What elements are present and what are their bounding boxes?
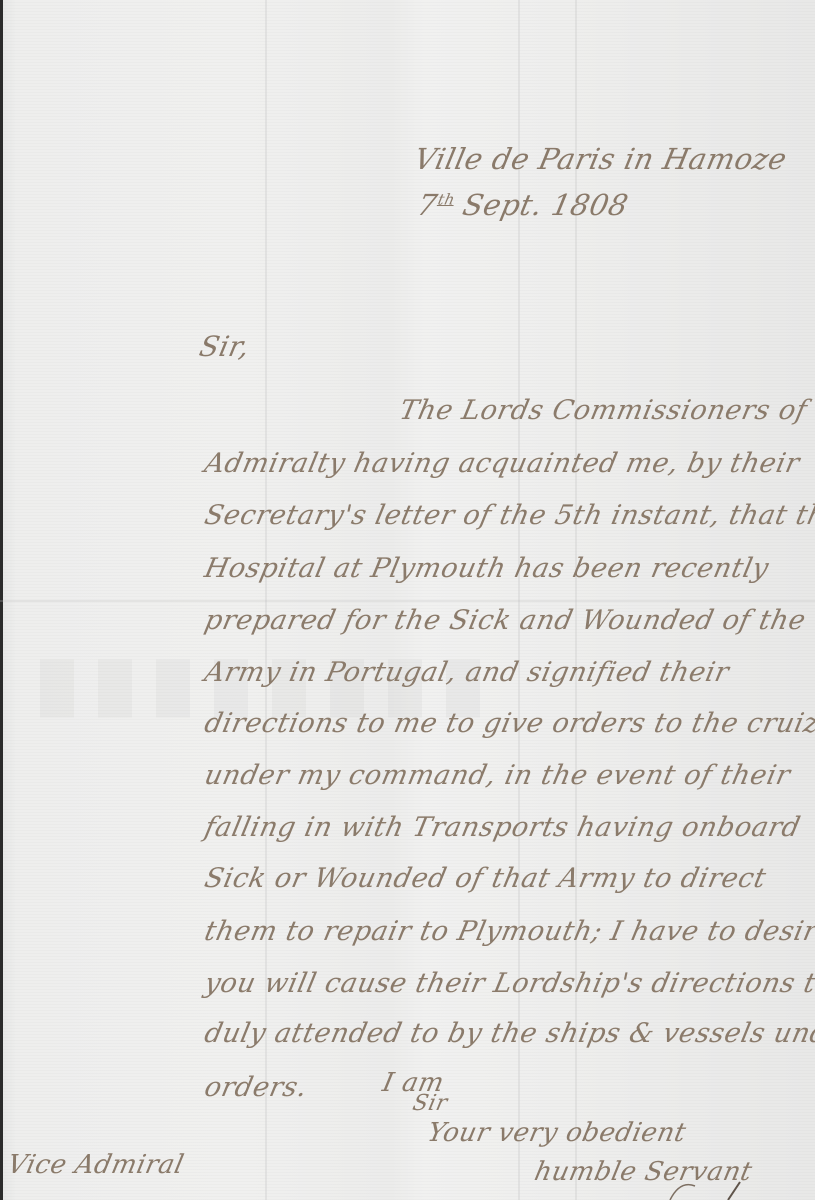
body-line: directions to me to give orders to the c… [202, 708, 815, 739]
body-line: Admiralty having acquainted me, by their [202, 448, 803, 479]
body-line: prepared for the Sick and Wounded of the [202, 605, 809, 636]
body-line: The Lords Commissioners of the [397, 395, 815, 426]
body-line: Sick or Wounded of that Army to direct [202, 863, 769, 894]
letter-location: Ville de Paris in Hamoze [411, 142, 790, 176]
salutation: Sir, [196, 330, 252, 363]
body-line: Army in Portugal, and signified their [202, 657, 732, 688]
letter-date: 7th Sept. 1808 [414, 188, 631, 222]
body-line: orders. [202, 1072, 311, 1103]
addressee-title: Vice Admiral [5, 1150, 187, 1180]
signature-stroke [640, 1180, 760, 1200]
letter-page: █ █ █ █ █ █ █ █ Ville de Paris in Hamoze… [0, 0, 815, 1200]
date-year: 1808 [548, 188, 631, 222]
closing-sir: Sir [410, 1091, 449, 1116]
body-line: falling in with Transports having onboar… [202, 812, 804, 843]
body-line: duly attended to by the ships & vessels … [202, 1018, 815, 1049]
body-line: Secretary's letter of the 5th instant, t… [202, 500, 815, 531]
body-line: you will cause their Lordship's directio… [202, 968, 815, 999]
body-line: them to repair to Plymouth; I have to de… [202, 916, 815, 947]
closing-your-very-obedient: Your very obedient [425, 1118, 689, 1148]
date-month: Sept. [460, 188, 546, 222]
date-day-suffix: th [436, 190, 457, 208]
body-line: Hospital at Plymouth has been recently [202, 553, 772, 584]
paper-fold [0, 600, 815, 602]
body-line: under my command, in the event of their [202, 760, 794, 791]
